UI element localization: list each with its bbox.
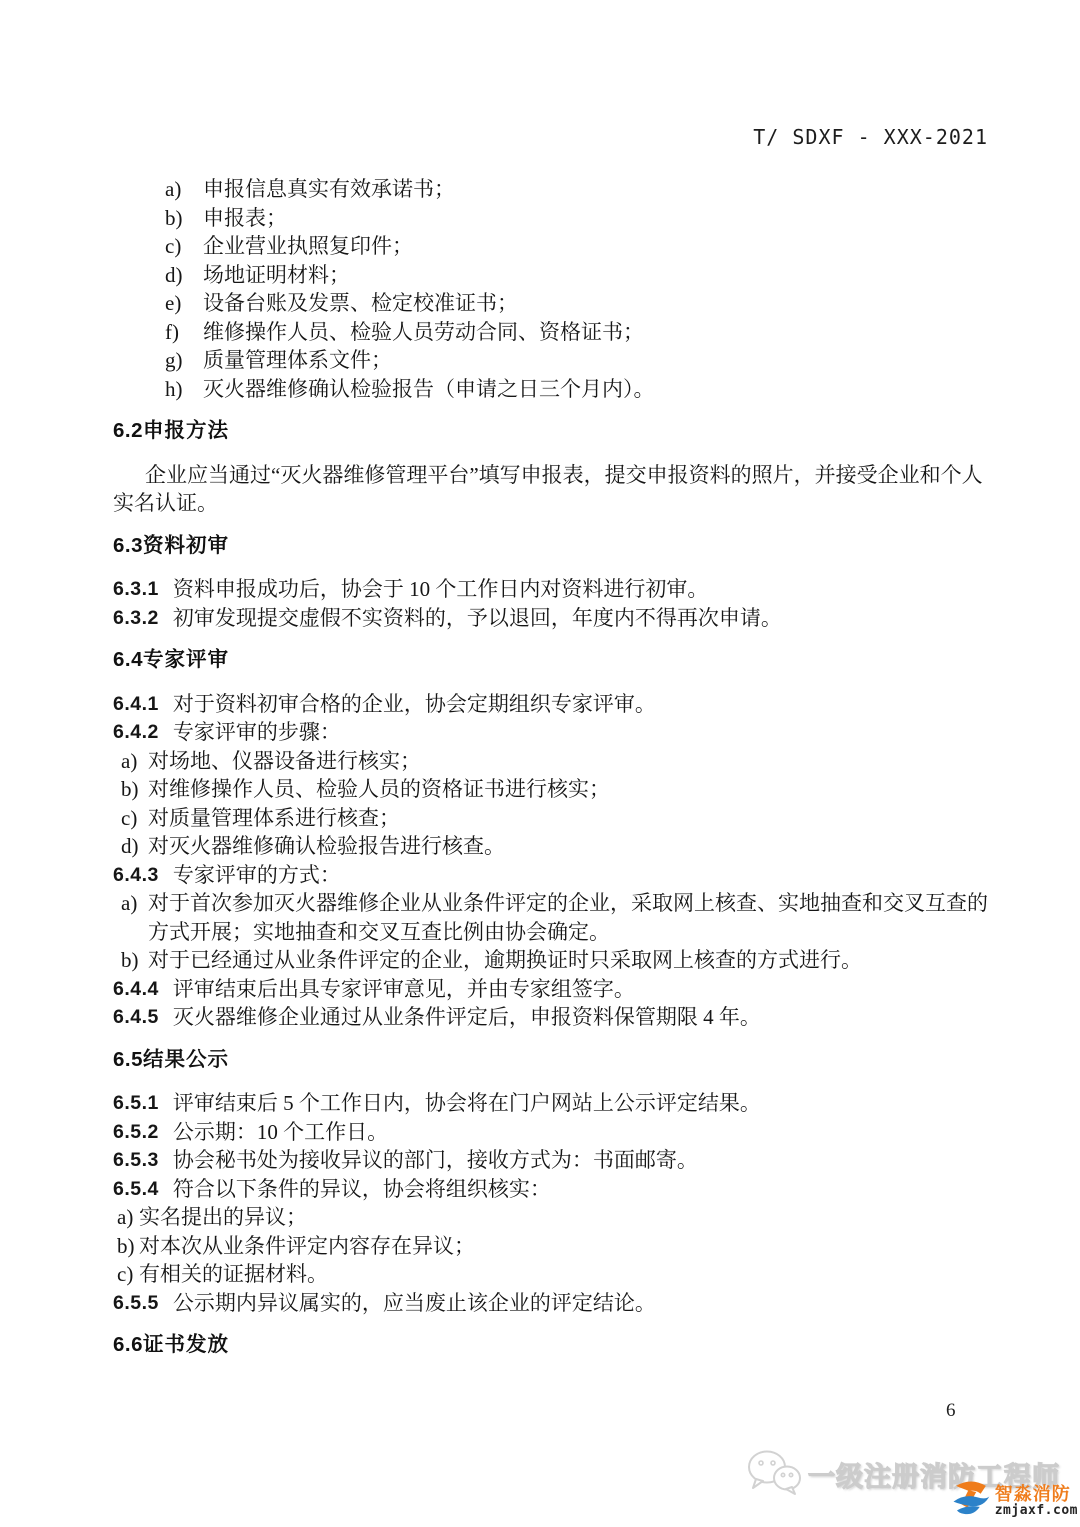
section-number: 6.5 [113, 1046, 143, 1075]
clause-number: 6.3.1 [113, 575, 159, 604]
list-item-text: 企业营业执照复印件； [203, 232, 988, 261]
list-item-text: 有相关的证据材料。 [139, 1260, 988, 1289]
list-item-label: d) [121, 832, 148, 861]
clause-text: 灭火器维修企业通过从业条件评定后，申报资料保管期限 4 年。 [173, 1003, 988, 1032]
clause-text: 对于资料初审合格的企业，协会定期组织专家评审。 [173, 690, 988, 719]
list-item-label: f) [165, 318, 203, 347]
list-item-label: h) [165, 375, 203, 404]
clause-number: 6.4.1 [113, 690, 159, 719]
list-item-text: 灭火器维修确认检验报告（申请之日三个月内）。 [203, 375, 988, 404]
clause: 6.4.1对于资料初审合格的企业，协会定期组织专家评审。 [113, 690, 988, 719]
document-page: T/ SDXF - XXX-2021 a)申报信息真实有效承诺书；b)申报表；c… [0, 0, 1080, 1527]
list-item-label: g) [165, 346, 203, 375]
section-title: 专家评审 [143, 648, 229, 671]
list-item: a)对场地、仪器设备进行核实； [121, 747, 988, 776]
clause: 6.4.3专家评审的方式： [113, 861, 988, 890]
list-item: d)场地证明材料； [165, 261, 988, 290]
list-item-label: b) [121, 775, 148, 804]
brand-name: 智淼消防 [995, 1485, 1078, 1504]
clause: 6.3.2初审发现提交虚假不实资料的，予以退回，年度内不得再次申请。 [113, 604, 988, 633]
clause-number: 6.4.5 [113, 1003, 159, 1032]
wechat-icon [746, 1448, 802, 1501]
list-item-text: 质量管理体系文件； [203, 346, 988, 375]
list-item-text: 申报表； [203, 204, 988, 233]
list-item: c)有相关的证据材料。 [117, 1260, 988, 1289]
list-item-label: a) [121, 747, 148, 776]
clause-number: 6.5.4 [113, 1175, 159, 1204]
list-item-label: e) [165, 289, 203, 318]
list-item: b)对维修操作人员、检验人员的资格证书进行核实； [121, 775, 988, 804]
list-item: a)申报信息真实有效承诺书； [165, 175, 988, 204]
section-heading: 6.6证书发放 [113, 1331, 988, 1360]
list-item-label: b) [117, 1232, 139, 1261]
section-heading: 6.4专家评审 [113, 646, 988, 675]
brand-logo: 智淼消防 zmjaxf.com [950, 1477, 1078, 1526]
clause-number: 6.4.2 [113, 718, 159, 747]
list-item-label: c) [121, 804, 148, 833]
list-item-label: d) [165, 261, 203, 290]
clause-number: 6.5.2 [113, 1118, 159, 1147]
clause-text: 协会秘书处为接收异议的部门，接收方式为：书面邮寄。 [173, 1146, 988, 1175]
list-item: a)实名提出的异议； [117, 1203, 988, 1232]
section-heading: 6.2申报方法 [113, 417, 988, 446]
section-title: 申报方法 [143, 419, 229, 442]
clause-number: 6.4.3 [113, 861, 159, 890]
list-item-label: a) [117, 1203, 139, 1232]
list-item: c)企业营业执照复印件； [165, 232, 988, 261]
list-item-text: 申报信息真实有效承诺书； [203, 175, 988, 204]
list-item-text: 对灭火器维修确认检验报告进行核查。 [148, 832, 988, 861]
brand-text: 智淼消防 zmjaxf.com [995, 1485, 1078, 1518]
clause-number: 6.3.2 [113, 604, 159, 633]
clause: 6.3.1资料申报成功后，协会于 10 个工作日内对资料进行初审。 [113, 575, 988, 604]
list-item-text: 设备台账及发票、检定校准证书； [203, 289, 988, 318]
clause-text: 资料申报成功后，协会于 10 个工作日内对资料进行初审。 [173, 575, 988, 604]
list-item-text: 对本次从业条件评定内容存在异议； [139, 1232, 988, 1261]
clause-number: 6.4.4 [113, 975, 159, 1004]
clause-number: 6.5.3 [113, 1146, 159, 1175]
clause: 6.4.4评审结束后出具专家评审意见，并由专家组签字。 [113, 975, 988, 1004]
section-heading: 6.5结果公示 [113, 1046, 988, 1075]
list-item-label: a) [165, 175, 203, 204]
list-item-text: 对场地、仪器设备进行核实； [148, 747, 988, 776]
paragraph: 企业应当通过“灭火器维修管理平台”填写申报表，提交申报资料的照片，并接受企业和个… [113, 461, 988, 518]
clause-text: 公示期内异议属实的，应当废止该企业的评定结论。 [173, 1289, 988, 1318]
clause: 6.5.4符合以下条件的异议，协会将组织核实： [113, 1175, 988, 1204]
list-item: d)对灭火器维修确认检验报告进行核查。 [121, 832, 988, 861]
clause-text: 专家评审的步骤： [173, 718, 988, 747]
clause: 6.5.2公示期：10 个工作日。 [113, 1118, 988, 1147]
page-number: 6 [946, 1400, 956, 1422]
clause-text: 专家评审的方式： [173, 861, 988, 890]
list-item-label: b) [121, 946, 148, 975]
section-title: 结果公示 [143, 1048, 229, 1071]
list-item-label: b) [165, 204, 203, 233]
list-item: a)对于首次参加灭火器维修企业从业条件评定的企业，采取网上核查、实地抽查和交叉互… [121, 889, 988, 946]
clause: 6.4.5灭火器维修企业通过从业条件评定后，申报资料保管期限 4 年。 [113, 1003, 988, 1032]
list-item: b)对本次从业条件评定内容存在异议； [117, 1232, 988, 1261]
document-body: a)申报信息真实有效承诺书；b)申报表；c)企业营业执照复印件；d)场地证明材料… [113, 175, 988, 1360]
section-number: 6.6 [113, 1331, 143, 1360]
section-number: 6.3 [113, 532, 143, 561]
clause-text: 初审发现提交虚假不实资料的，予以退回，年度内不得再次申请。 [173, 604, 988, 633]
list-item: c)对质量管理体系进行核查； [121, 804, 988, 833]
brand-logo-icon [950, 1477, 992, 1526]
list-item-text: 对质量管理体系进行核查； [148, 804, 988, 833]
clause-text: 符合以下条件的异议，协会将组织核实： [173, 1175, 988, 1204]
brand-site: zmjaxf.com [995, 1504, 1078, 1518]
list-item: b)对于已经通过从业条件评定的企业，逾期换证时只采取网上核查的方式进行。 [121, 946, 988, 975]
clause-number: 6.5.5 [113, 1289, 159, 1318]
list-item-label: c) [165, 232, 203, 261]
clause-number: 6.5.1 [113, 1089, 159, 1118]
section-title: 资料初审 [143, 534, 229, 557]
clause: 6.5.5公示期内异议属实的，应当废止该企业的评定结论。 [113, 1289, 988, 1318]
list-item: f)维修操作人员、检验人员劳动合同、资格证书； [165, 318, 988, 347]
clause: 6.5.3协会秘书处为接收异议的部门，接收方式为：书面邮寄。 [113, 1146, 988, 1175]
list-item: b)申报表； [165, 204, 988, 233]
list-item: h)灭火器维修确认检验报告（申请之日三个月内）。 [165, 375, 988, 404]
clause-text: 评审结束后出具专家评审意见，并由专家组签字。 [173, 975, 988, 1004]
standard-code: T/ SDXF - XXX-2021 [113, 125, 988, 149]
list-item: e)设备台账及发票、检定校准证书； [165, 289, 988, 318]
list-item-text: 实名提出的异议； [139, 1203, 988, 1232]
clause: 6.4.2专家评审的步骤： [113, 718, 988, 747]
list-item-text: 对维修操作人员、检验人员的资格证书进行核实； [148, 775, 988, 804]
section-number: 6.2 [113, 417, 143, 446]
section-heading: 6.3资料初审 [113, 532, 988, 561]
list-item: g)质量管理体系文件； [165, 346, 988, 375]
clause: 6.5.1评审结束后 5 个工作日内，协会将在门户网站上公示评定结果。 [113, 1089, 988, 1118]
list-item-text: 对于首次参加灭火器维修企业从业条件评定的企业，采取网上核查、实地抽查和交叉互查的… [148, 889, 988, 946]
section-title: 证书发放 [143, 1333, 229, 1356]
list-item-text: 对于已经通过从业条件评定的企业，逾期换证时只采取网上核查的方式进行。 [148, 946, 988, 975]
list-item-text: 维修操作人员、检验人员劳动合同、资格证书； [203, 318, 988, 347]
list-item-label: a) [121, 889, 148, 946]
clause-text: 评审结束后 5 个工作日内，协会将在门户网站上公示评定结果。 [173, 1089, 988, 1118]
list-item-text: 场地证明材料； [203, 261, 988, 290]
list-item-label: c) [117, 1260, 139, 1289]
section-number: 6.4 [113, 646, 143, 675]
clause-text: 公示期：10 个工作日。 [173, 1118, 988, 1147]
page-content: T/ SDXF - XXX-2021 a)申报信息真实有效承诺书；b)申报表；c… [113, 125, 988, 1375]
